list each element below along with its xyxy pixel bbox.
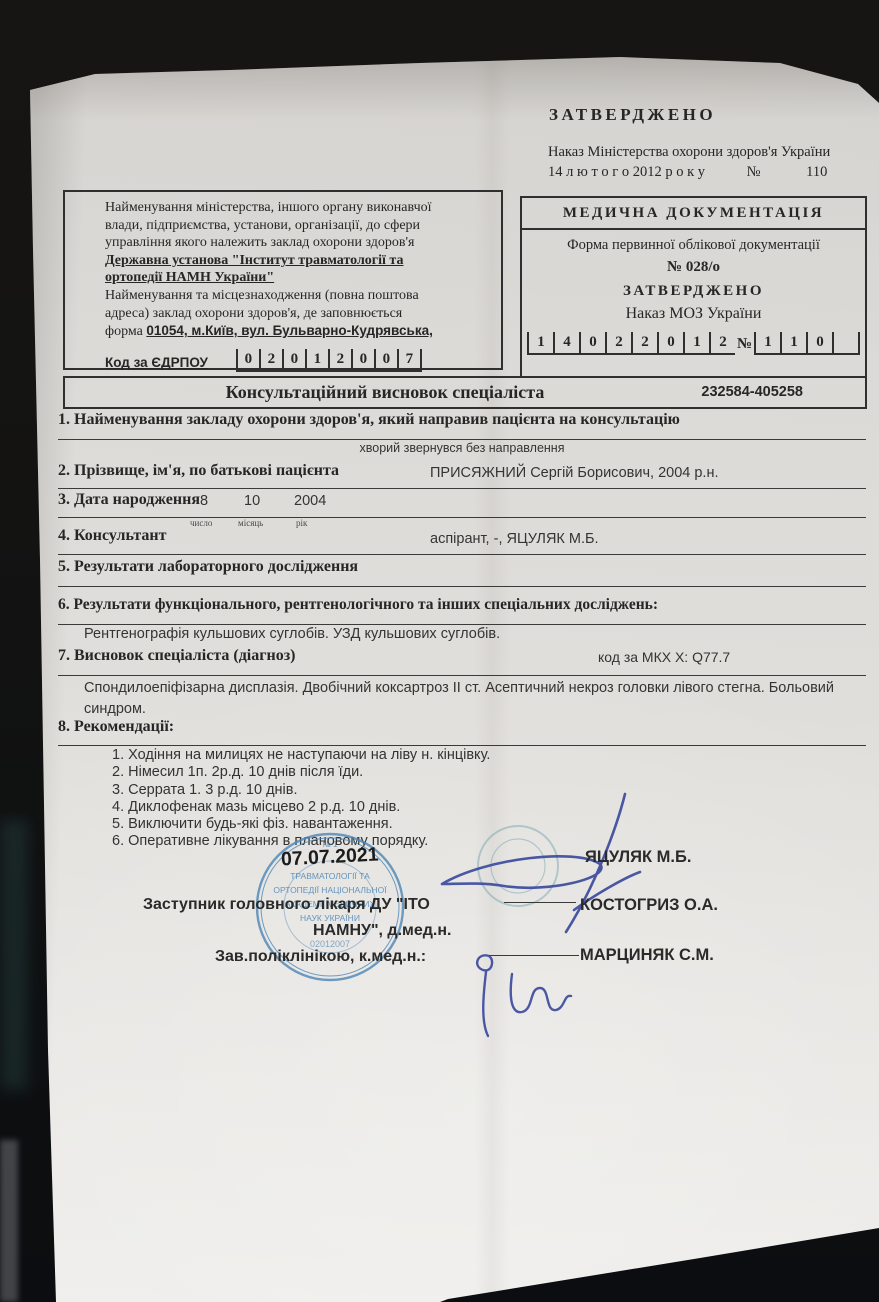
deputy-title-line1: Заступник головного лікаря ДУ "ІТО bbox=[143, 896, 430, 914]
item2-value: ПРИСЯЖНИЙ Сергій Борисович, 2004 р.н. bbox=[430, 465, 718, 481]
recommendation-item: 1. Ходіння на милицях не наступаючи на л… bbox=[112, 747, 712, 764]
digit-cell: 1 bbox=[780, 332, 806, 355]
background-reflection bbox=[0, 820, 28, 1090]
edrpou-row: Код за ЄДРПОУ 0 2 0 1 2 0 0 7 bbox=[105, 349, 495, 372]
item4-label: 4. Консультант bbox=[58, 527, 166, 544]
birth-month: 10 bbox=[244, 493, 260, 509]
item8-label: 8. Рекомендації: bbox=[58, 718, 174, 735]
approved-date-line: 14 л ю т о г о 2012 р о к у № 110 bbox=[548, 164, 827, 181]
deputy-title-line2: НАМНУ", д.мед.н. bbox=[313, 922, 451, 940]
item8-row: 8. Рекомендації: bbox=[58, 718, 866, 746]
polyclinic-name: МАРЦИНЯК С.М. bbox=[580, 946, 714, 965]
birth-day: 8 bbox=[200, 493, 208, 509]
approved-date: 14 л ю т о г о 2012 р о к у bbox=[548, 164, 705, 180]
form-number: № 028/о bbox=[522, 259, 865, 276]
stamp-line2: ОРТОПЕДІЇ НАЦІОНАЛЬНОЇ bbox=[273, 885, 387, 895]
institution-name-line1: Державна установа "Інститут травматологі… bbox=[105, 252, 495, 270]
edrpou-label: Код за ЄДРПОУ bbox=[105, 354, 208, 372]
issuer-line2: влади, підприємства, установи, організац… bbox=[105, 217, 495, 235]
item3-row: 3. Дата народження 8 10 2004 bbox=[58, 491, 866, 518]
medical-documentation-box: МЕДИЧНА ДОКУМЕНТАЦІЯ Форма первинної обл… bbox=[520, 196, 867, 378]
digit-cell: 2 bbox=[328, 349, 351, 372]
deputy-signature-line bbox=[504, 902, 576, 903]
document-title-bar: Консультаційний висновок спеціаліста 232… bbox=[63, 376, 867, 409]
digit-cell: 4 bbox=[553, 332, 579, 355]
form-type-line: Форма первинної облікової документації bbox=[522, 237, 865, 254]
digit-cell: 0 bbox=[374, 349, 397, 372]
order-date-digit-cells: 1 4 0 2 2 0 1 2 № 1 1 0 bbox=[522, 332, 865, 355]
order-no-label: № bbox=[737, 334, 752, 355]
digit-cell: 1 bbox=[683, 332, 709, 355]
consultant-name: ЯЦУЛЯК М.Б. bbox=[585, 848, 691, 867]
digit-cell: 1 bbox=[754, 332, 780, 355]
diagnosis-text: Спондилоепіфізарна дисплазія. Двобічний … bbox=[84, 678, 846, 720]
item2-row: 2. Прізвище, ім'я, по батькові пацієнта … bbox=[58, 462, 866, 489]
item1-label: 1. Найменування закладу охорони здоров'я… bbox=[58, 411, 680, 428]
digit-cell: 1 bbox=[305, 349, 328, 372]
form-word: форма bbox=[105, 324, 143, 339]
issuer-box: Найменування міністерства, іншого органу… bbox=[63, 190, 503, 370]
birth-year: 2004 bbox=[294, 493, 326, 509]
deputy-name: КОСТОГРИЗ О.А. bbox=[580, 896, 718, 915]
polyclinic-title: Зав.поліклінікою, к.мед.н.: bbox=[215, 948, 426, 966]
background-object bbox=[0, 1140, 18, 1302]
digit-cell: 2 bbox=[709, 332, 735, 355]
item7-label: 7. Висновок спеціаліста (діагноз) bbox=[58, 647, 295, 664]
icd-code: код за МКХ X: Q77.7 bbox=[598, 649, 730, 665]
polyclinic-signature bbox=[462, 942, 597, 1047]
edrpou-digit-cells: 0 2 0 1 2 0 0 7 bbox=[236, 349, 422, 372]
moz-order-line: Наказ МОЗ України bbox=[522, 305, 865, 323]
item6-row: 6. Результати функціонального, рентгенол… bbox=[58, 596, 866, 625]
item1-row: 1. Найменування закладу охорони здоров'я… bbox=[58, 411, 866, 440]
medical-documentation-heading: МЕДИЧНА ДОКУМЕНТАЦІЯ bbox=[522, 198, 865, 230]
issuer-line3: управління якого належить заклад охорони… bbox=[105, 234, 495, 252]
document-code: 232584-405258 bbox=[701, 384, 803, 400]
photographed-medical-form: ЗАТВЕРДЖЕНО Наказ Міністерства охорони з… bbox=[0, 0, 879, 1302]
address-value: 01054, м.Київ, вул. Бульварно-Кудрявська… bbox=[146, 323, 433, 338]
address-label-line1: Найменування та місцезнаходження (повна … bbox=[105, 287, 495, 305]
item3-label: 3. Дата народження bbox=[58, 491, 200, 508]
item6-value: Рентгенографія кульшових суглобів. УЗД к… bbox=[84, 626, 500, 642]
address-label-line2: адреса) заклад охорони здоров'я, де запо… bbox=[105, 305, 495, 323]
digit-cell: 2 bbox=[631, 332, 657, 355]
digit-cell: 0 bbox=[236, 349, 259, 372]
item5-label: 5. Результати лабораторного дослідження bbox=[58, 558, 358, 575]
digit-cell bbox=[832, 332, 860, 355]
digit-cell: 2 bbox=[605, 332, 631, 355]
item1-value: хворий звернувся без направлення bbox=[58, 441, 866, 455]
item2-label: 2. Прізвище, ім'я, по батькові пацієнта bbox=[58, 462, 339, 479]
stamp-line1: ТРАВМАТОЛОГІЇ ТА bbox=[290, 871, 370, 881]
recommendation-item: 2. Німесил 1п. 2р.д. 10 днів після їди. bbox=[112, 764, 712, 781]
approved-heading: ЗАТВЕРДЖЕНО bbox=[549, 105, 716, 125]
approved-order-line: Наказ Міністерства охорони здоров'я Укра… bbox=[548, 144, 830, 161]
approved-no-value: 110 bbox=[806, 164, 827, 180]
approved-no-label: № bbox=[747, 164, 761, 180]
item5-row: 5. Результати лабораторного дослідження bbox=[58, 558, 866, 587]
item4-value: аспірант, -, ЯЦУЛЯК М.Б. bbox=[430, 531, 599, 547]
document-title: Консультаційний висновок спеціаліста bbox=[65, 382, 705, 403]
digit-cell: 0 bbox=[579, 332, 605, 355]
item4-row: 4. Консультант аспірант, -, ЯЦУЛЯК М.Б. bbox=[58, 527, 866, 555]
digit-cell: 0 bbox=[806, 332, 832, 355]
approved-heading-right: ЗАТВЕРДЖЕНО bbox=[522, 283, 865, 300]
digit-cell: 0 bbox=[282, 349, 305, 372]
digit-cell: 2 bbox=[259, 349, 282, 372]
digit-cell: 0 bbox=[351, 349, 374, 372]
item7-row: 7. Висновок спеціаліста (діагноз) код за… bbox=[58, 647, 866, 676]
digit-cell: 0 bbox=[657, 332, 683, 355]
digit-cell: 7 bbox=[397, 349, 422, 372]
digit-cell: 1 bbox=[527, 332, 553, 355]
address-line: форма 01054, м.Київ, вул. Бульварно-Кудр… bbox=[105, 322, 495, 341]
institution-name-line2: ортопедії НАМН України" bbox=[105, 269, 495, 287]
issuer-line1: Найменування міністерства, іншого органу… bbox=[105, 199, 495, 217]
item6-label: 6. Результати функціонального, рентгенол… bbox=[58, 596, 658, 613]
